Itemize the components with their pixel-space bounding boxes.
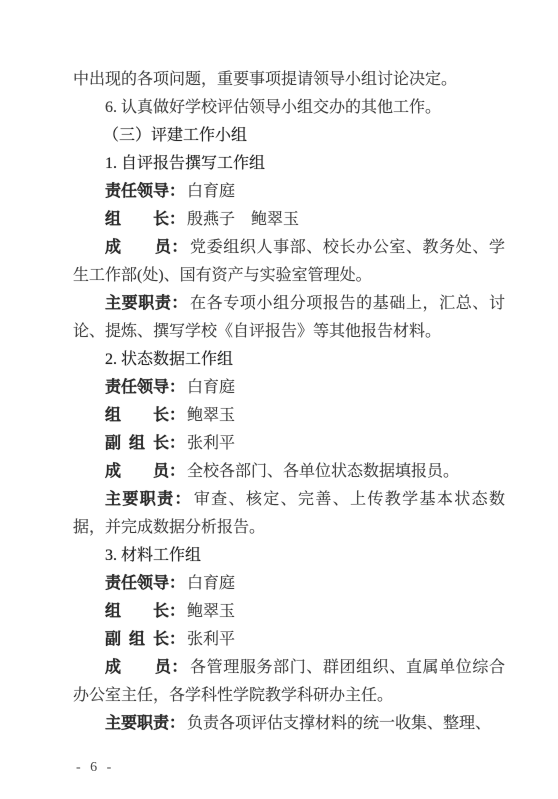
- page-number: - 6 -: [76, 760, 114, 776]
- field-value: 殷燕子 鲍翠玉: [187, 211, 299, 228]
- field-members: 成 员：党委组织人事部、校长办公室、教务处、学生工作部(处)、国有资产与实验室管…: [73, 234, 505, 290]
- field-label: 副 组 长：: [105, 435, 185, 452]
- field-members: 成 员：全校各部门、各单位状态数据填报员。: [73, 458, 505, 486]
- field-responsible-leader: 责任领导：白育庭: [73, 374, 505, 402]
- group-title: 2. 状态数据工作组: [73, 346, 505, 374]
- field-label: 主要职责：: [105, 715, 185, 732]
- field-label: 副 组 长：: [105, 631, 185, 648]
- field-group-leader: 组 长：鲍翠玉: [73, 402, 505, 430]
- field-value: 负责各项评估支撑材料的统一收集、整理、: [187, 715, 491, 732]
- field-label: 成 员：: [105, 659, 188, 676]
- field-label: 主要职责：: [105, 491, 192, 508]
- field-label: 主要职责：: [105, 295, 188, 312]
- paragraph-carryover: 中出现的各项问题，重要事项提请领导小组讨论决定。: [73, 66, 505, 94]
- field-main-duties: 主要职责：在各专项小组分项报告的基础上，汇总、讨论、提炼、撰写学校《自评报告》等…: [73, 290, 505, 346]
- field-main-duties: 主要职责：负责各项评估支撑材料的统一收集、整理、: [73, 710, 505, 738]
- group-materials: 3. 材料工作组 责任领导：白育庭 组 长：鲍翠玉 副 组 长：张利平 成 员：…: [73, 542, 505, 738]
- field-value: 张利平: [187, 631, 235, 648]
- field-label: 组 长：: [105, 407, 185, 424]
- field-value: 白育庭: [187, 575, 235, 592]
- field-label: 责任领导：: [105, 575, 185, 592]
- group-status-data: 2. 状态数据工作组 责任领导：白育庭 组 长：鲍翠玉 副 组 长：张利平 成 …: [73, 346, 505, 542]
- document-body: 中出现的各项问题，重要事项提请领导小组讨论决定。 6. 认真做好学校评估领导小组…: [73, 66, 505, 738]
- field-group-leader: 组 长：殷燕子 鲍翠玉: [73, 206, 505, 234]
- field-value: 张利平: [187, 435, 235, 452]
- field-label: 成 员：: [105, 463, 185, 480]
- field-label: 责任领导：: [105, 183, 185, 200]
- field-responsible-leader: 责任领导：白育庭: [73, 178, 505, 206]
- field-value: 白育庭: [187, 379, 235, 396]
- field-label: 组 长：: [105, 211, 185, 228]
- field-deputy-leader: 副 组 长：张利平: [73, 430, 505, 458]
- field-deputy-leader: 副 组 长：张利平: [73, 626, 505, 654]
- group-title: 1. 自评报告撰写工作组: [73, 150, 505, 178]
- field-responsible-leader: 责任领导：白育庭: [73, 570, 505, 598]
- field-value: 白育庭: [187, 183, 235, 200]
- field-main-duties: 主要职责：审查、核定、完善、上传教学基本状态数据，并完成数据分析报告。: [73, 486, 505, 542]
- field-label: 组 长：: [105, 603, 185, 620]
- group-self-evaluation-report: 1. 自评报告撰写工作组 责任领导：白育庭 组 长：殷燕子 鲍翠玉 成 员：党委…: [73, 150, 505, 346]
- field-value: 鲍翠玉: [187, 407, 235, 424]
- field-label: 成 员：: [105, 239, 188, 256]
- field-members: 成 员：各管理服务部门、群团组织、直属单位综合办公室主任，各学科性学院教学科研办…: [73, 654, 505, 710]
- section-heading: （三）评建工作小组: [73, 122, 505, 150]
- field-label: 责任领导：: [105, 379, 185, 396]
- field-group-leader: 组 长：鲍翠玉: [73, 598, 505, 626]
- field-value: 全校各部门、各单位状态数据填报员。: [187, 463, 459, 480]
- document-page: 中出现的各项问题，重要事项提请领导小组讨论决定。 6. 认真做好学校评估领导小组…: [0, 0, 558, 799]
- field-value: 鲍翠玉: [187, 603, 235, 620]
- paragraph-item-6: 6. 认真做好学校评估领导小组交办的其他工作。: [73, 94, 505, 122]
- group-title: 3. 材料工作组: [73, 542, 505, 570]
